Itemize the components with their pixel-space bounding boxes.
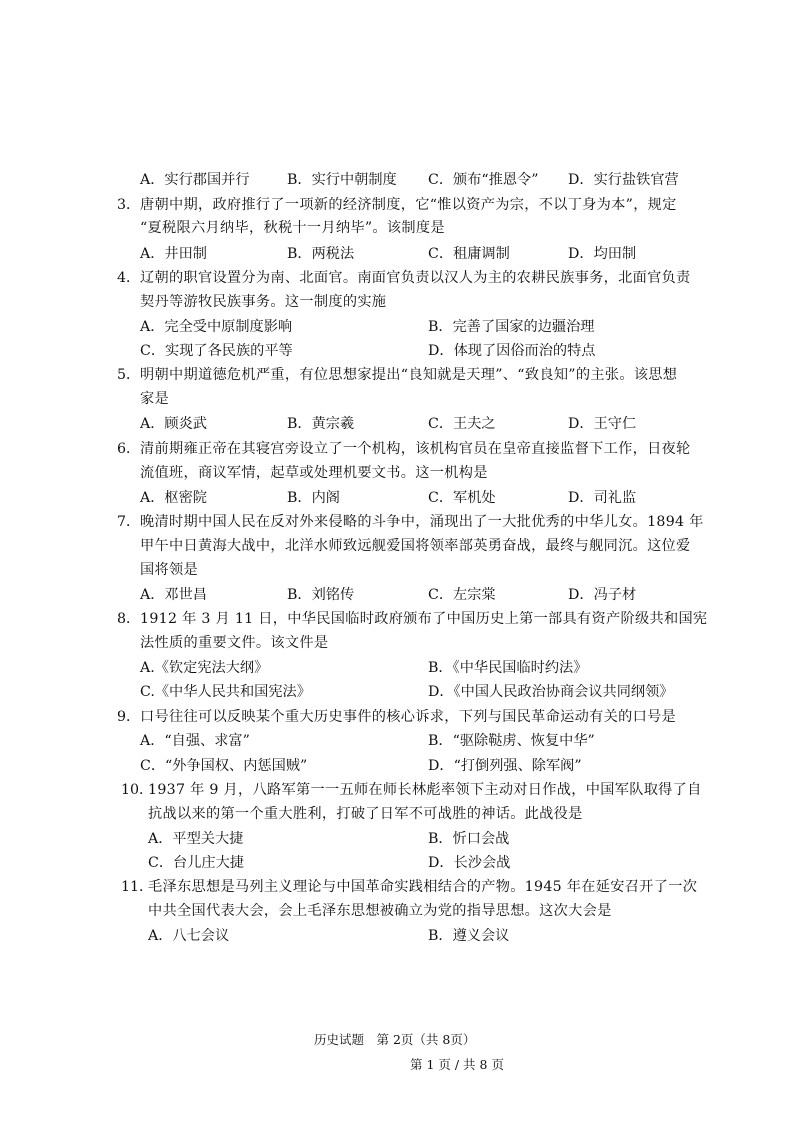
option-b: B．遵义会议 xyxy=(428,927,509,945)
option-c: C．台儿庄大捷 xyxy=(148,854,244,872)
question-text: 抗战以来的第一个重大胜利，打破了日军不可战胜的神话。此战役是 xyxy=(148,805,583,823)
question-number: 9． xyxy=(117,708,140,726)
option-a: A．邓世昌 xyxy=(140,586,207,604)
question-number: 5． xyxy=(117,366,140,384)
question-text: 1937 年 9 月，八路军第一一五师在师长林彪率领下主动对日作战，中国军队取得… xyxy=(148,781,702,799)
option-d: D．冯子材 xyxy=(568,586,636,604)
question-text: 国将领是 xyxy=(140,561,198,579)
option-c: C．王夫之 xyxy=(428,415,496,433)
option-b: B．刘铭传 xyxy=(287,586,354,604)
option-d: D．长沙会战 xyxy=(428,854,510,872)
question-number: 4． xyxy=(117,269,140,287)
option-d: D．“打倒列强、除军阀” xyxy=(428,757,582,775)
option-a: A．枢密院 xyxy=(140,489,207,507)
exam-page: A．实行郡国并行 B．实行中朝制度 C．颁布“推恩令” D．实行盐铁官营 3． … xyxy=(0,0,793,1122)
q2-option-d: D．实行盐铁官营 xyxy=(568,171,679,189)
question-text: 清前期雍正帝在其寝宫旁设立了一个机构，该机构官员在皇帝直接监督下工作，日夜轮 xyxy=(140,440,691,458)
question-text: 口号往往可以反映某个重大历史事件的核心诉求，下列与国民革命运动有关的口号是 xyxy=(140,708,676,726)
page-indicator: 第 1 页 / 共 8 页 xyxy=(410,1057,504,1073)
option-d: D．体现了因俗而治的特点 xyxy=(428,342,595,360)
question-text: 甲午中日黄海大战中，北洋水师致远舰爱国将领率部英勇奋战，最终与舰同沉。这位爱 xyxy=(140,537,691,555)
question-text: 晚清时期中国人民在反对外来侵略的斗争中，涌现出了一大批优秀的中华儿女。1894 … xyxy=(140,513,704,531)
q2-option-c: C．颁布“推恩令” xyxy=(428,171,539,189)
question-text: 法性质的重要文件。该文件是 xyxy=(140,634,328,652)
question-text: 流值班，商议军情，起草或处理机要文书。这一机构是 xyxy=(140,464,488,482)
option-a: A．“自强、求富” xyxy=(140,732,250,750)
q2-option-b: B．实行中朝制度 xyxy=(287,171,397,189)
option-b: B．完善了国家的边疆治理 xyxy=(428,318,595,336)
option-c: C．实现了各民族的平等 xyxy=(140,342,293,360)
question-number: 3． xyxy=(117,196,140,214)
option-d: D．王守仁 xyxy=(568,415,636,433)
option-c: C.《中华人民共和国宪法》 xyxy=(140,683,311,701)
question-text: 家是 xyxy=(140,390,169,408)
option-b: B．黄宗羲 xyxy=(287,415,354,433)
option-c: C．租庸调制 xyxy=(428,245,510,263)
option-b: B．《中华民国临时约法》 xyxy=(428,659,587,677)
option-b: B．忻口会战 xyxy=(428,830,509,848)
option-a: A.《钦定宪法大纲》 xyxy=(140,659,268,677)
question-text: 唐朝中期，政府推行了一项新的经济制度，它“惟以资产为宗，不以丁身为本”，规定 xyxy=(140,196,677,214)
option-a: A．顾炎武 xyxy=(140,415,207,433)
option-a: A．完全受中原制度影响 xyxy=(140,318,292,336)
q2-option-a: A．实行郡国并行 xyxy=(140,171,250,189)
question-text: 契丹等游牧民族事务。这一制度的实施 xyxy=(140,293,386,311)
option-d: D．司礼监 xyxy=(568,489,636,507)
option-a: A．平型关大捷 xyxy=(148,830,243,848)
question-text: 1912 年 3 月 11 日，中华民国临时政府颁布了中国历史上第一部具有资产阶… xyxy=(140,610,707,628)
question-text: 中共全国代表大会，会上毛泽东思想被确立为党的指导思想。这次大会是 xyxy=(148,902,612,920)
option-d: D．均田制 xyxy=(568,245,636,263)
question-text: “夏税限六月纳毕，秋税十一月纳毕”。该制度是 xyxy=(140,219,445,237)
question-number: 7． xyxy=(117,513,140,531)
option-b: B．“驱除鞑虏、恢复中华” xyxy=(428,732,595,750)
option-c: C．左宗棠 xyxy=(428,586,496,604)
option-a: A．井田制 xyxy=(140,245,207,263)
option-b: B．两税法 xyxy=(287,245,354,263)
option-b: B．内阁 xyxy=(287,489,340,507)
option-a: A．八七会议 xyxy=(148,927,229,945)
question-text: 明朝中期道德危机严重，有位思想家提出“良知就是天理”、“致良知”的主张。该思想 xyxy=(140,366,677,384)
option-c: C．“外争国权、内惩国贼” xyxy=(140,757,307,775)
option-d: D．《中国人民政治协商会议共同纲领》 xyxy=(428,683,673,701)
question-number: 6． xyxy=(117,440,140,458)
question-number: 8． xyxy=(117,610,140,628)
question-text: 辽朝的职官设置分为南、北面官。南面官负责以汉人为主的农耕民族事务，北面官负责 xyxy=(140,269,691,287)
option-c: C．军机处 xyxy=(428,489,496,507)
exam-page-footer: 历史试题 第 2页（共 8页） xyxy=(314,1032,475,1048)
question-text: 毛泽东思想是马列主义理论与中国革命实践相结合的产物。1945 年在延安召开了一次 xyxy=(148,878,697,896)
